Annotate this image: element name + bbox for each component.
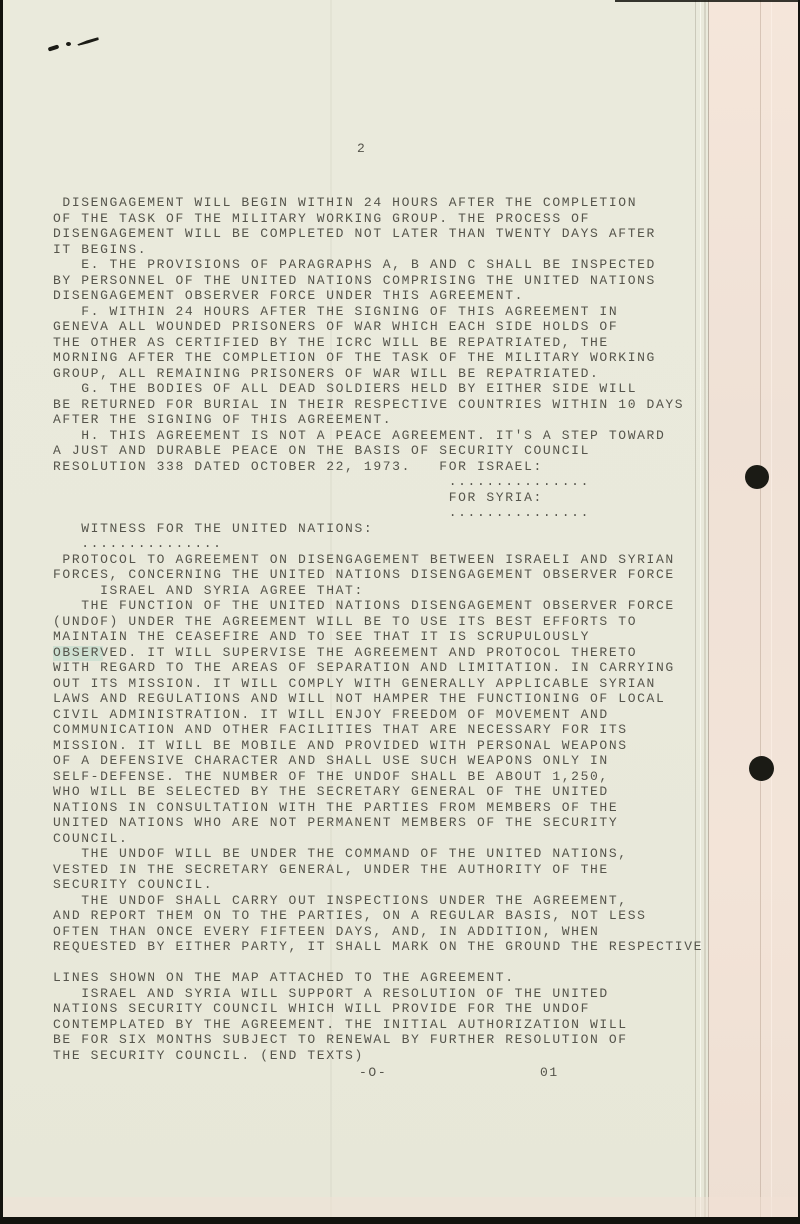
text-line: LAWS AND REGULATIONS AND WILL NOT HAMPER… [53,691,703,707]
text-line: E. THE PROVISIONS OF PARAGRAPHS A, B AND… [53,257,703,273]
scanned-document: 2 DISENGAGEMENT WILL BEGIN WITHIN 24 HOU… [0,0,800,1224]
end-mark: -O- [359,1065,387,1080]
text-line: ............... [53,536,703,552]
scan-edge-shadow [615,0,800,2]
text-line: BE RETURNED FOR BURIAL IN THEIR RESPECTI… [53,397,703,413]
text-line: CONTEMPLATED BY THE AGREEMENT. THE INITI… [53,1017,703,1033]
text-line: F. WITHIN 24 HOURS AFTER THE SIGNING OF … [53,304,703,320]
text-line: THE UNDOF WILL BE UNDER THE COMMAND OF T… [53,846,703,862]
text-line: OF THE TASK OF THE MILITARY WORKING GROU… [53,211,703,227]
text-line: BY PERSONNEL OF THE UNITED NATIONS COMPR… [53,273,703,289]
text-line [53,955,703,971]
text-line: WITNESS FOR THE UNITED NATIONS: [53,521,703,537]
text-line: ISRAEL AND SYRIA WILL SUPPORT A RESOLUTI… [53,986,703,1002]
text-line: AND REPORT THEM ON TO THE PARTIES, ON A … [53,908,703,924]
fold-line [760,0,761,1217]
fold-line [704,0,706,1217]
text-line: OUT ITS MISSION. IT WILL COMPLY WITH GEN… [53,676,703,692]
text-line: MISSION. IT WILL BE MOBILE AND PROVIDED … [53,738,703,754]
text-line: GENEVA ALL WOUNDED PRISONERS OF WAR WHIC… [53,319,703,335]
text-line: IT BEGINS. [53,242,703,258]
text-line: VESTED IN THE SECRETARY GENERAL, UNDER T… [53,862,703,878]
ink-mark [66,42,71,46]
page-footer: -O- 01 [53,1065,703,1081]
text-line: OF A DEFENSIVE CHARACTER AND SHALL USE S… [53,753,703,769]
text-line: MORNING AFTER THE COMPLETION OF THE TASK… [53,350,703,366]
text-line: ............... [53,505,703,521]
text-line: WHO WILL BE SELECTED BY THE SECRETARY GE… [53,784,703,800]
hole-punch-dot [745,465,769,489]
page-number: 2 [357,141,366,156]
text-line: ISRAEL AND SYRIA AGREE THAT: [53,583,703,599]
text-line: (UNDOF) UNDER THE AGREEMENT WILL BE TO U… [53,614,703,630]
text-line: FORCES, CONCERNING THE UNITED NATIONS DI… [53,567,703,583]
text-line: DISENGAGEMENT OBSERVER FORCE UNDER THIS … [53,288,703,304]
text-line: A JUST AND DURABLE PEACE ON THE BASIS OF… [53,443,703,459]
text-line: NATIONS SECURITY COUNCIL WHICH WILL PROV… [53,1001,703,1017]
document-code: 01 [540,1065,559,1080]
text-line: GROUP, ALL REMAINING PRISONERS OF WAR WI… [53,366,703,382]
text-line: COMMUNICATION AND OTHER FACILITIES THAT … [53,722,703,738]
text-line: SELF-DEFENSE. THE NUMBER OF THE UNDOF SH… [53,769,703,785]
text-line: THE UNDOF SHALL CARRY OUT INSPECTIONS UN… [53,893,703,909]
text-line: AFTER THE SIGNING OF THIS AGREEMENT. [53,412,703,428]
text-line: OBSERVED. IT WILL SUPERVISE THE AGREEMEN… [53,645,703,661]
text-line: G. THE BODIES OF ALL DEAD SOLDIERS HELD … [53,381,703,397]
text-line: NATIONS IN CONSULTATION WITH THE PARTIES… [53,800,703,816]
text-line: REQUESTED BY EITHER PARTY, IT SHALL MARK… [53,939,703,955]
text-line: CIVIL ADMINISTRATION. IT WILL ENJOY FREE… [53,707,703,723]
text-line: BE FOR SIX MONTHS SUBJECT TO RENEWAL BY … [53,1032,703,1048]
text-line: ............... [53,474,703,490]
text-line: COUNCIL. [53,831,703,847]
backing-sheet-edge [708,0,798,1217]
text-line: DISENGAGEMENT WILL BEGIN WITHIN 24 HOURS… [53,195,703,211]
text-line: DISENGAGEMENT WILL BE COMPLETED NOT LATE… [53,226,703,242]
hole-punch-dot [749,756,774,781]
typewritten-body: DISENGAGEMENT WILL BEGIN WITHIN 24 HOURS… [53,195,703,1063]
bottom-pink-band [3,1197,797,1217]
text-line: H. THIS AGREEMENT IS NOT A PEACE AGREEME… [53,428,703,444]
text-line: THE SECURITY COUNCIL. (END TEXTS) [53,1048,703,1064]
text-line: LINES SHOWN ON THE MAP ATTACHED TO THE A… [53,970,703,986]
text-line: WITH REGARD TO THE AREAS OF SEPARATION A… [53,660,703,676]
text-line: PROTOCOL TO AGREEMENT ON DISENGAGEMENT B… [53,552,703,568]
text-line: THE FUNCTION OF THE UNITED NATIONS DISEN… [53,598,703,614]
text-line: FOR SYRIA: [53,490,703,506]
text-line: OFTEN THAN ONCE EVERY FIFTEEN DAYS, AND,… [53,924,703,940]
text-line: UNITED NATIONS WHO ARE NOT PERMANENT MEM… [53,815,703,831]
text-line: RESOLUTION 338 DATED OCTOBER 22, 1973. F… [53,459,703,475]
text-line: THE OTHER AS CERTIFIED BY THE ICRC WILL … [53,335,703,351]
text-line: MAINTAIN THE CEASEFIRE AND TO SEE THAT I… [53,629,703,645]
fold-line [771,0,772,1217]
text-line: SECURITY COUNCIL. [53,877,703,893]
